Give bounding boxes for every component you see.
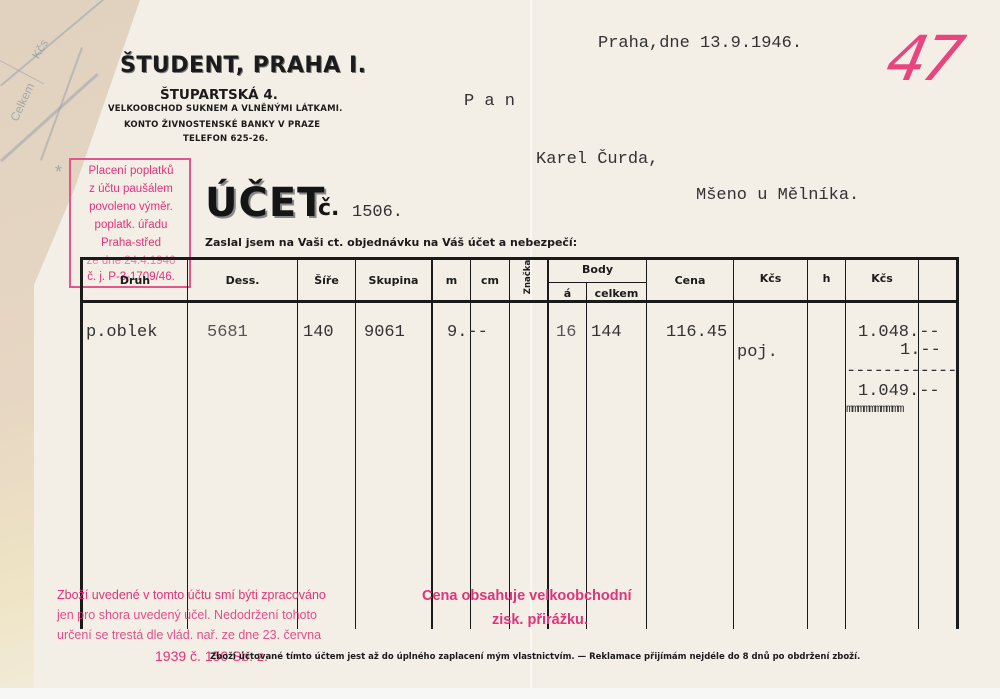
column-header-sire: Šíře <box>298 274 355 287</box>
price-stamp-line: zisk. přirážku. <box>492 612 588 628</box>
stamp-line: povoleno výměr. <box>71 201 191 213</box>
column-header-h: h <box>808 272 845 285</box>
cell-cena: 116.45 <box>666 323 727 342</box>
invoice-date: Praha,dne 13.9.1946. <box>598 34 802 53</box>
footer-terms: Zboží účtované tímto účtem jest až do úp… <box>210 652 860 662</box>
column-header-skupina: Skupina <box>356 274 431 287</box>
column-header-znacka: Značka <box>523 254 533 300</box>
invoice-number-label: č. <box>318 196 339 221</box>
column-header-cm: cm <box>471 274 509 287</box>
cell-total: 1.049.-- <box>858 382 940 401</box>
scan-edge <box>0 688 1000 699</box>
cell-total-underline: mmmmmmmmmm <box>846 402 903 416</box>
company-business: VELKOOBCHOD SUKNEM A VLNĚNÝMI LÁTKAMI. <box>108 104 343 114</box>
paper-fold <box>530 0 532 688</box>
price-stamp-line: Cena obsahuje velkoobchodní <box>422 588 631 604</box>
cell-dess: 5681 <box>207 323 248 342</box>
stamp-line: Praha-střed <box>71 237 191 249</box>
cell-sire: 140 <box>303 323 334 342</box>
company-phone: TELEFON 625-26. <box>183 134 268 144</box>
column-header-body-celkem: celkem <box>587 287 646 300</box>
stamp-line: Placení poplatků <box>71 165 191 177</box>
cell-druh: p.oblek <box>86 323 157 342</box>
column-header-m: m <box>433 274 470 287</box>
invoice-intro: Zaslal jsem na Vaši ct. objednávku na Vá… <box>205 236 577 249</box>
asterisk-mark: * <box>55 162 62 183</box>
cell-body-celkem: 144 <box>591 323 622 342</box>
stamp-line: poplatk. úřadu <box>71 219 191 231</box>
salutation: P a n <box>464 92 515 111</box>
column-header-druh: Druh <box>83 274 187 287</box>
cell-note: poj. <box>737 343 778 362</box>
usage-stamp-line: určení se trestá dle vlád. nař. ze dne 2… <box>57 628 321 642</box>
cell-body-a: 16 <box>556 323 576 342</box>
invoice-number: 1506. <box>352 203 403 222</box>
cell-amount-2: 1.-- <box>900 341 941 360</box>
cell-amount-1: 1.048.-- <box>858 323 940 342</box>
column-header-body-a: á <box>549 287 586 300</box>
company-name: ŠTUDENT, PRAHA I. <box>120 53 367 78</box>
column-header-cena: Cena <box>647 274 733 287</box>
invoice-title: ÚČET <box>205 180 325 226</box>
cell-skupina: 9061 <box>364 323 405 342</box>
company-bank: KONTO ŽIVNOSTENSKÉ BANKY V PRAZE <box>124 120 320 130</box>
column-header-body: Body <box>549 263 646 276</box>
recipient-name: Karel Čurda, <box>536 150 658 169</box>
fee-stamp: Placení poplatků z účtu paušálem povolen… <box>69 158 191 288</box>
column-header-dess: Dess. <box>188 274 297 287</box>
column-header-kcs: Kčs <box>734 272 807 285</box>
column-header-kcs-total: Kčs <box>846 272 918 285</box>
recipient-place: Mšeno u Mělníka. <box>696 186 859 205</box>
company-street: ŠTUPARTSKÁ 4. <box>160 87 278 103</box>
cell-m: 9.-- <box>447 323 488 342</box>
stamp-line: z účtu paušálem <box>71 183 191 195</box>
usage-stamp-line: Zboží uvedené v tomto účtu smí býti zpra… <box>57 588 326 602</box>
usage-stamp-line: jen pro shora uvedený účel. Nedodržení t… <box>57 608 317 622</box>
cell-separator: ------------ <box>846 362 956 381</box>
background-text: Celkem <box>7 81 37 124</box>
